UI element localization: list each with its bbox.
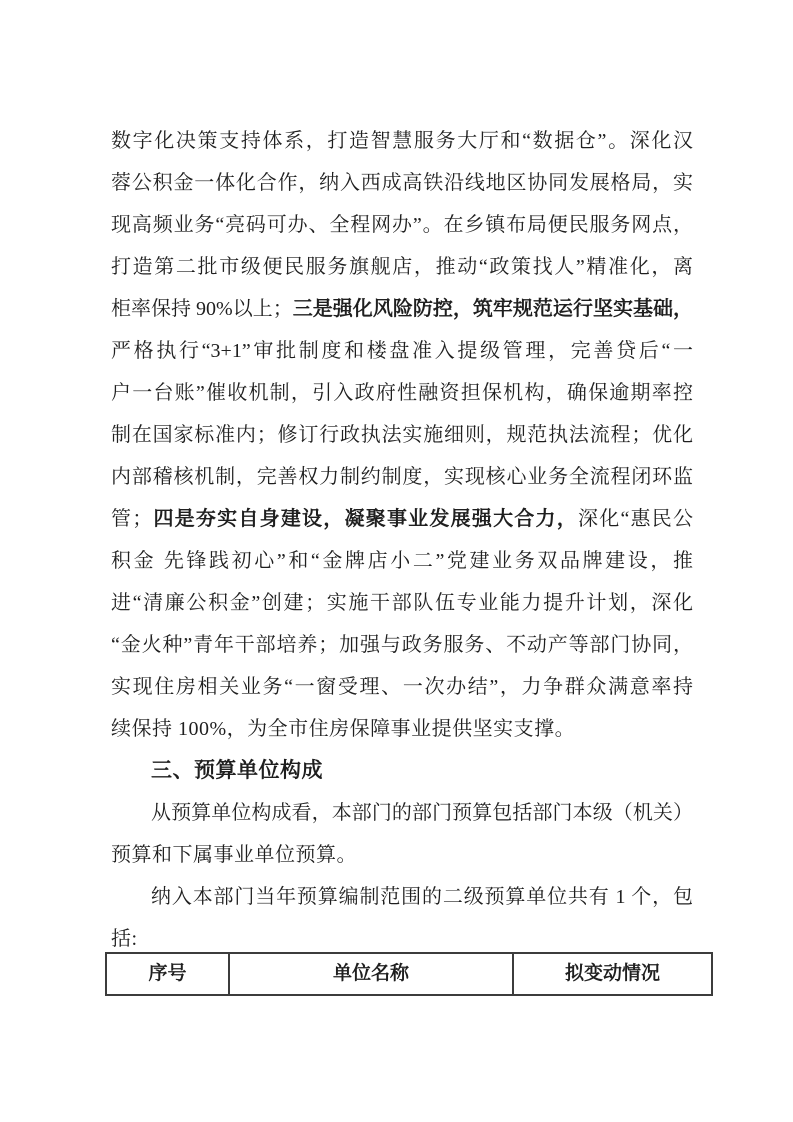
text-segment: 预算和下属事业单位预算。 xyxy=(111,844,357,866)
text-segment: 蓉公积金一体化合作，纳入西成高铁沿线地区协同发展格局，实 xyxy=(111,172,693,194)
text-segment: 从预算单位构成看，本部门的部门预算包括部门本级（机关） xyxy=(151,802,693,824)
text-line: 内部稽核机制，完善权力制约制度，实现核心业务全流程闭环监 xyxy=(111,456,693,498)
text-column: 数字化决策支持体系，打造智慧服务大厅和“数据仓”。深化汉蓉公积金一体化合作，纳入… xyxy=(111,120,693,960)
bold-text-segment: 三、预算单位构成 xyxy=(151,759,323,782)
table-header-cell: 单位名称 xyxy=(228,954,512,994)
text-segment: 制在国家标准内；修订行政执法实施细则，规范执法流程；优化 xyxy=(111,424,693,446)
text-line: “金火种”青年干部培养；加强与政务服务、不动产等部门协同， xyxy=(111,624,693,666)
document-page: 数字化决策支持体系，打造智慧服务大厅和“数据仓”。深化汉蓉公积金一体化合作，纳入… xyxy=(0,0,793,1122)
table-header-cell: 拟变动情况 xyxy=(512,954,711,994)
text-line: 管；四是夯实自身建设，凝聚事业发展强大合力，深化“惠民公 xyxy=(111,498,693,540)
bold-text-segment: 三是强化风险防控，筑牢规范运行坚实基础， xyxy=(293,298,693,320)
text-segment: 户一台账”催收机制，引入政府性融资担保机构，确保逾期率控 xyxy=(111,382,693,404)
text-segment: 打造第二批市级便民服务旗舰店，推动“政策找人”精准化，离 xyxy=(111,256,693,278)
budget-unit-table: 序号单位名称拟变动情况 xyxy=(105,952,713,996)
text-segment: 严格执行“3+1”审批制度和楼盘准入提级管理，完善贷后“一 xyxy=(111,340,693,362)
text-line: 实现住房相关业务“一窗受理、一次办结”，力争群众满意率持 xyxy=(111,666,693,708)
text-line: 柜率保持 90%以上；三是强化风险防控，筑牢规范运行坚实基础， xyxy=(111,288,693,330)
text-line: 严格执行“3+1”审批制度和楼盘准入提级管理，完善贷后“一 xyxy=(111,330,693,372)
table-header-cell: 序号 xyxy=(107,954,228,994)
text-segment: 实现住房相关业务“一窗受理、一次办结”，力争群众满意率持 xyxy=(111,676,693,698)
text-segment: 积金 先锋践初心”和“金牌店小二”党建业务双品牌建设，推 xyxy=(111,550,693,572)
text-segment: “金火种”青年干部培养；加强与政务服务、不动产等部门协同， xyxy=(111,634,693,656)
text-line: 进“清廉公积金”创建；实施干部队伍专业能力提升计划，深化 xyxy=(111,582,693,624)
text-line: 制在国家标准内；修订行政执法实施细则，规范执法流程；优化 xyxy=(111,414,693,456)
text-line: 积金 先锋践初心”和“金牌店小二”党建业务双品牌建设，推 xyxy=(111,540,693,582)
text-line: 数字化决策支持体系，打造智慧服务大厅和“数据仓”。深化汉 xyxy=(111,120,693,162)
text-segment: 内部稽核机制，完善权力制约制度，实现核心业务全流程闭环监 xyxy=(111,466,693,488)
text-segment: 纳入本部门当年预算编制范围的二级预算单位共有 1 个，包 xyxy=(151,886,693,908)
text-line: 蓉公积金一体化合作，纳入西成高铁沿线地区协同发展格局，实 xyxy=(111,162,693,204)
text-line: 从预算单位构成看，本部门的部门预算包括部门本级（机关） xyxy=(111,792,693,834)
text-segment: 括: xyxy=(111,928,138,950)
text-segment: 进“清廉公积金”创建；实施干部队伍专业能力提升计划，深化 xyxy=(111,592,693,614)
text-segment: 数字化决策支持体系，打造智慧服务大厅和“数据仓”。深化汉 xyxy=(111,130,693,152)
text-line: 户一台账”催收机制，引入政府性融资担保机构，确保逾期率控 xyxy=(111,372,693,414)
text-segment: 管； xyxy=(111,508,152,530)
text-line: 现高频业务“亮码可办、全程网办”。在乡镇布局便民服务网点， xyxy=(111,204,693,246)
bold-text-segment: 四是夯实自身建设，凝聚事业发展强大合力， xyxy=(152,508,578,530)
text-line: 续保持 100%，为全市住房保障事业提供坚实支撑。 xyxy=(111,708,693,750)
section-heading: 三、预算单位构成 xyxy=(111,750,693,792)
text-line: 预算和下属事业单位预算。 xyxy=(111,834,693,876)
text-segment: 柜率保持 90%以上； xyxy=(111,298,293,320)
text-line: 纳入本部门当年预算编制范围的二级预算单位共有 1 个，包 xyxy=(111,876,693,918)
text-segment: 现高频业务“亮码可办、全程网办”。在乡镇布局便民服务网点， xyxy=(111,214,693,236)
text-line: 打造第二批市级便民服务旗舰店，推动“政策找人”精准化，离 xyxy=(111,246,693,288)
text-segment: 深化“惠民公 xyxy=(578,508,693,530)
text-segment: 续保持 100%，为全市住房保障事业提供坚实支撑。 xyxy=(111,718,575,740)
